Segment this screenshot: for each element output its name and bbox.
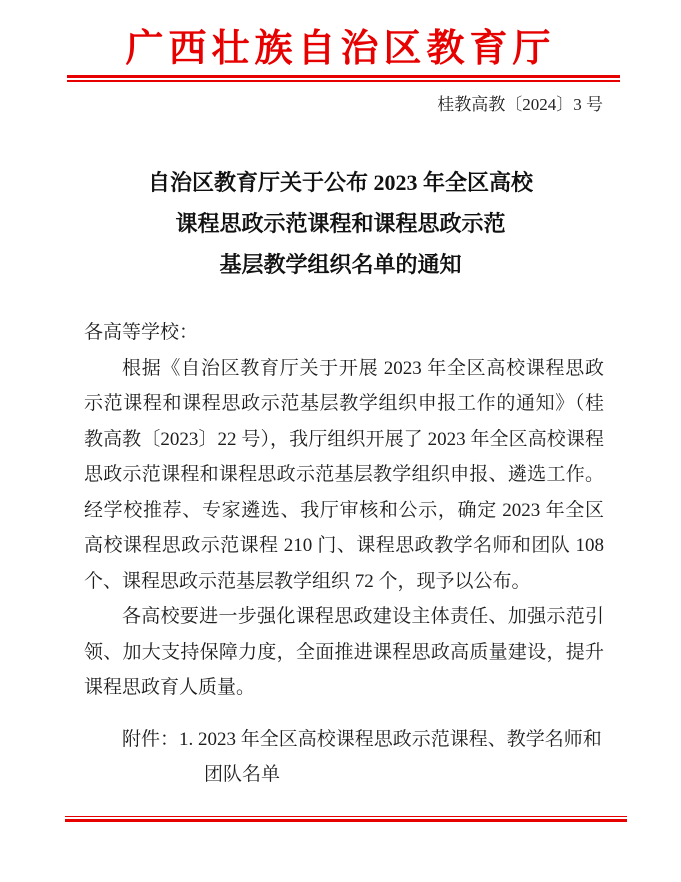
doc-title-line-2: 课程思政示范课程和课程思政示范 [40,203,641,244]
doc-title-line-3: 基层教学组织名单的通知 [40,244,641,285]
footer-rule [65,816,627,822]
attachment-block: 附件：1. 2023 年全区高校课程思政示范课程、教学名师和 团队名单 [84,722,604,793]
doc-number: 桂教高教〔2024〕3 号 [0,94,603,116]
doc-title-line-1: 自治区教育厅关于公布 2023 年全区高校 [40,162,641,203]
body-paragraph-2: 各高校要进一步强化课程思政建设主体责任、加强示范引领、加大支持保障力度，全面推进… [84,599,604,706]
document-body: 各高等学校： 根据《自治区教育厅关于开展 2023 年全区高校课程思政示范课程和… [84,315,604,793]
body-paragraph-1: 根据《自治区教育厅关于开展 2023 年全区高校课程思政示范课程和课程思政示范基… [84,351,604,600]
attachment-line-1: 附件：1. 2023 年全区高校课程思政示范课程、教学名师和 [84,722,604,758]
salutation: 各高等学校： [84,315,604,351]
document-page: 广西壮族自治区教育厅 桂教高教〔2024〕3 号 自治区教育厅关于公布 2023… [0,0,681,882]
attachment-line-2: 团队名单 [204,757,604,793]
agency-letterhead: 广西壮族自治区教育厅 [0,27,681,71]
doc-title: 自治区教育厅关于公布 2023 年全区高校 课程思政示范课程和课程思政示范 基层… [40,162,641,285]
attachment-item-text: 1. 2023 年全区高校课程思政示范课程、教学名师和 [179,729,602,750]
header-rule [67,75,620,82]
attachment-label: 附件： [122,729,179,750]
